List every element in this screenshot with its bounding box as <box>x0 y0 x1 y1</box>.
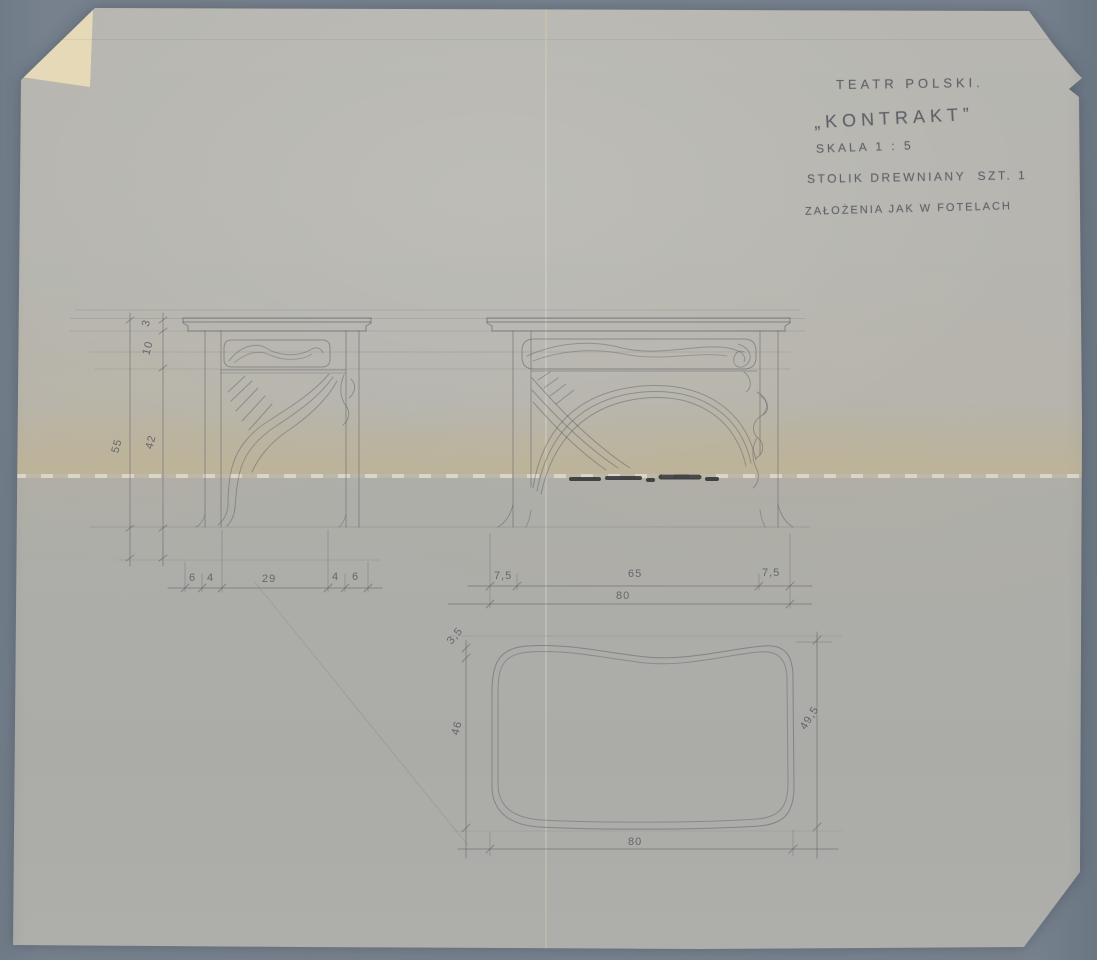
tracing-paper-wrap: TEATR POLSKI. „KONTRAKT” SKALA 1 : 5 STO… <box>0 0 1097 960</box>
dim-front-left-inset: 7,5 <box>494 570 512 582</box>
title-item: STOLIK DREWNIANY SZT. 1 <box>807 168 1027 186</box>
vertical-fold-crease <box>545 0 547 960</box>
side-apron-panel <box>221 340 346 373</box>
top-fold-crease <box>20 39 1057 40</box>
front-tabletop-outline <box>487 318 790 331</box>
front-apron-panel <box>522 339 757 371</box>
dim-front-right-inset: 7,5 <box>762 567 780 579</box>
dim-front-leg-span: 65 <box>628 568 642 580</box>
dim-side-bottom-2: 4 <box>207 572 214 584</box>
dim-front-total-width: 80 <box>616 590 630 602</box>
dim-side-top-thickness: 3 <box>140 318 153 328</box>
title-scale: SKALA 1 : 5 <box>816 138 914 155</box>
scanned-drawing-sheet: TEATR POLSKI. „KONTRAKT” SKALA 1 : 5 STO… <box>0 0 1097 960</box>
title-company: TEATR POLSKI. <box>836 75 984 92</box>
dim-side-bottom-5: 6 <box>352 571 359 583</box>
side-tabletop-outline <box>183 318 371 331</box>
dim-side-bottom-1: 6 <box>189 572 196 584</box>
title-note: ZAŁOŻENIA JAK W FOTELACH <box>805 200 1012 217</box>
dim-side-bottom-4: 4 <box>332 571 339 583</box>
dim-side-bottom-3: 29 <box>262 573 276 585</box>
dim-side-apron-height: 10 <box>140 340 155 357</box>
lower-half-tone <box>0 478 1097 960</box>
title-project: „KONTRAKT” <box>814 104 975 133</box>
horizontal-fold-crease <box>14 474 1081 478</box>
paper-surface: TEATR POLSKI. „KONTRAKT” SKALA 1 : 5 STO… <box>0 0 1097 960</box>
dim-plan-width: 80 <box>628 836 642 848</box>
aged-discoloration-band <box>0 404 1097 478</box>
